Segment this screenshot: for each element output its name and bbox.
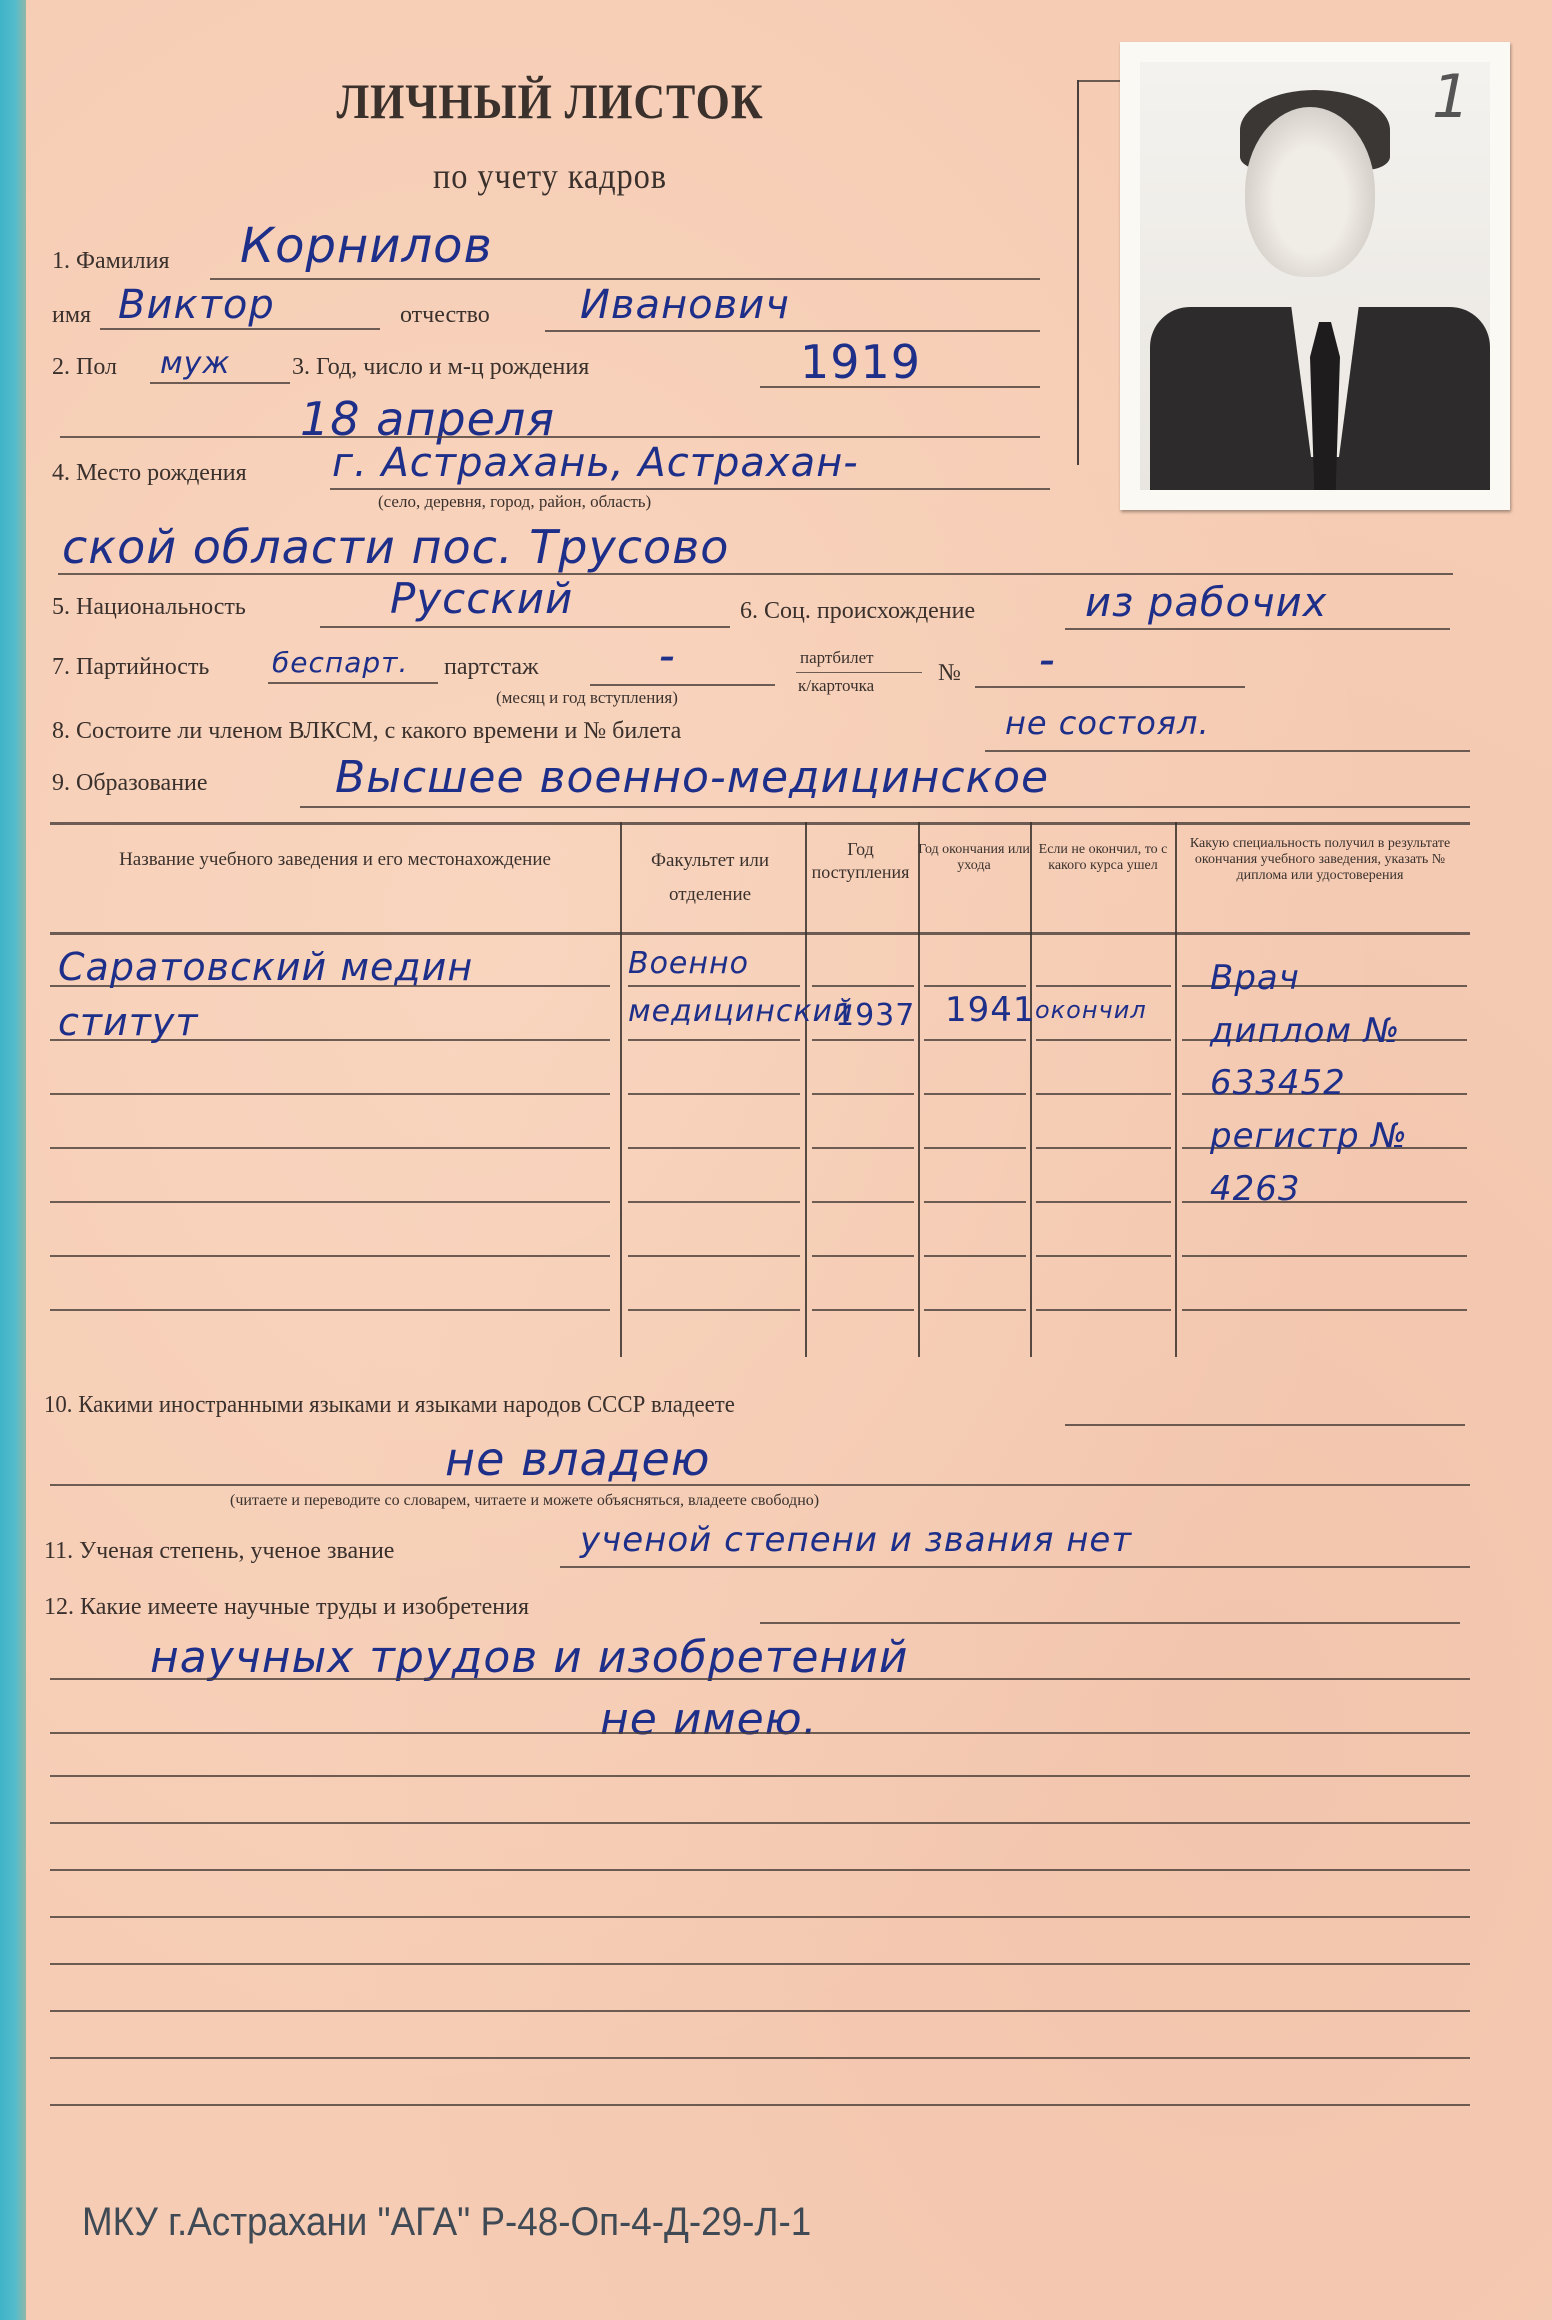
languages-hint: (читаете и переводите со словарем, читае… <box>230 1492 819 1510</box>
col-header-left-course: Если не окончил, то с какого курса ушел <box>1032 842 1174 874</box>
surname-label: 1. Фамилия <box>52 248 170 275</box>
folder-binding-edge <box>0 0 26 2320</box>
name-value[interactable]: Виктор <box>118 282 275 328</box>
col-header-institution: Название учебного заведения и его местон… <box>60 842 610 878</box>
party-number-value[interactable]: – <box>1040 644 1056 679</box>
sex-label: 2. Пол <box>52 354 117 381</box>
col-header-specialty: Какую специальность получил в результате… <box>1180 836 1460 884</box>
patronymic-value[interactable]: Иванович <box>580 282 790 328</box>
cell-year-end[interactable]: 1941 <box>945 990 1036 1030</box>
col-header-year-end: Год окончания или ухода <box>918 842 1030 874</box>
languages-label: 10. Какими иностранными языками и языкам… <box>44 1392 735 1419</box>
photo-frame-line <box>1077 80 1079 465</box>
photo-sheet-number: 1 <box>1432 62 1470 132</box>
surname-value[interactable]: Корнилов <box>240 218 493 274</box>
patronymic-label: отчество <box>400 302 490 329</box>
languages-value[interactable]: не владею <box>445 1432 711 1486</box>
works-value-line1[interactable]: научных трудов и изобретений <box>150 1632 908 1683</box>
party-value[interactable]: беспарт. <box>272 646 408 679</box>
birthplace-hint: (село, деревня, город, район, область) <box>378 492 651 512</box>
col-header-faculty: Факультет или отделение <box>620 844 800 912</box>
party-stage-label: партстаж <box>444 654 539 681</box>
cell-institution[interactable]: Саратовский медин ститут <box>58 940 618 1050</box>
col-header-year-start: Год поступления <box>808 838 913 883</box>
cell-faculty[interactable]: Военно медицинский <box>628 940 808 1036</box>
degree-label: 11. Ученая степень, ученое звание <box>44 1538 394 1565</box>
sex-value[interactable]: муж <box>160 346 230 381</box>
birth-label: 3. Год, число и м-ц рождения <box>292 354 589 381</box>
works-value-line2[interactable]: не имею. <box>600 1694 818 1745</box>
party-number-label: № <box>938 660 961 687</box>
works-label: 12. Какие имеете научные труды и изобрет… <box>44 1594 529 1621</box>
birthplace-value-line2[interactable]: ской области пос. Трусово <box>62 520 729 574</box>
birthplace-value-line1[interactable]: г. Астрахань, Астрахан- <box>332 440 859 486</box>
social-origin-value[interactable]: из рабочих <box>1085 580 1327 626</box>
nationality-value[interactable]: Русский <box>390 574 573 623</box>
form-title: ЛИЧНЫЙ ЛИСТОК <box>304 72 797 130</box>
party-card-label-top: партбилет <box>800 648 874 668</box>
form-subtitle: по учету кадров <box>298 155 802 197</box>
portrait-photo: 1 <box>1120 42 1510 510</box>
party-card-label-bottom: к/карточка <box>798 676 874 696</box>
name-label: имя <box>52 302 91 329</box>
education-label: 9. Образование <box>52 770 208 797</box>
archive-reference: МКУ г.Астрахани "АГА" Р-48-Оп-4-Д-29-Л-1 <box>82 2200 811 2245</box>
komsomol-value[interactable]: не состоял. <box>1005 704 1210 742</box>
cell-year-start[interactable]: 1937 <box>835 998 915 1033</box>
birth-year-value[interactable]: 1919 <box>800 335 921 389</box>
social-origin-label: 6. Соц. происхождение <box>740 598 975 625</box>
birthplace-label: 4. Место рождения <box>52 460 247 487</box>
nationality-label: 5. Национальность <box>52 594 246 621</box>
degree-value[interactable]: ученой степени и звания нет <box>580 1520 1132 1560</box>
party-label: 7. Партийность <box>52 654 209 681</box>
cell-specialty[interactable]: Врач диплом № 633452 регистр № 4263 <box>1210 952 1450 1215</box>
party-stage-value[interactable]: – <box>660 640 676 675</box>
cell-left-course[interactable]: окончил <box>1035 996 1147 1024</box>
komsomol-label: 8. Состоите ли членом ВЛКСМ, с какого вр… <box>52 718 681 745</box>
photo-frame-top <box>1077 80 1122 82</box>
party-stage-hint: (месяц и год вступления) <box>496 688 678 708</box>
education-value[interactable]: Высшее военно-медицинское <box>335 752 1049 803</box>
